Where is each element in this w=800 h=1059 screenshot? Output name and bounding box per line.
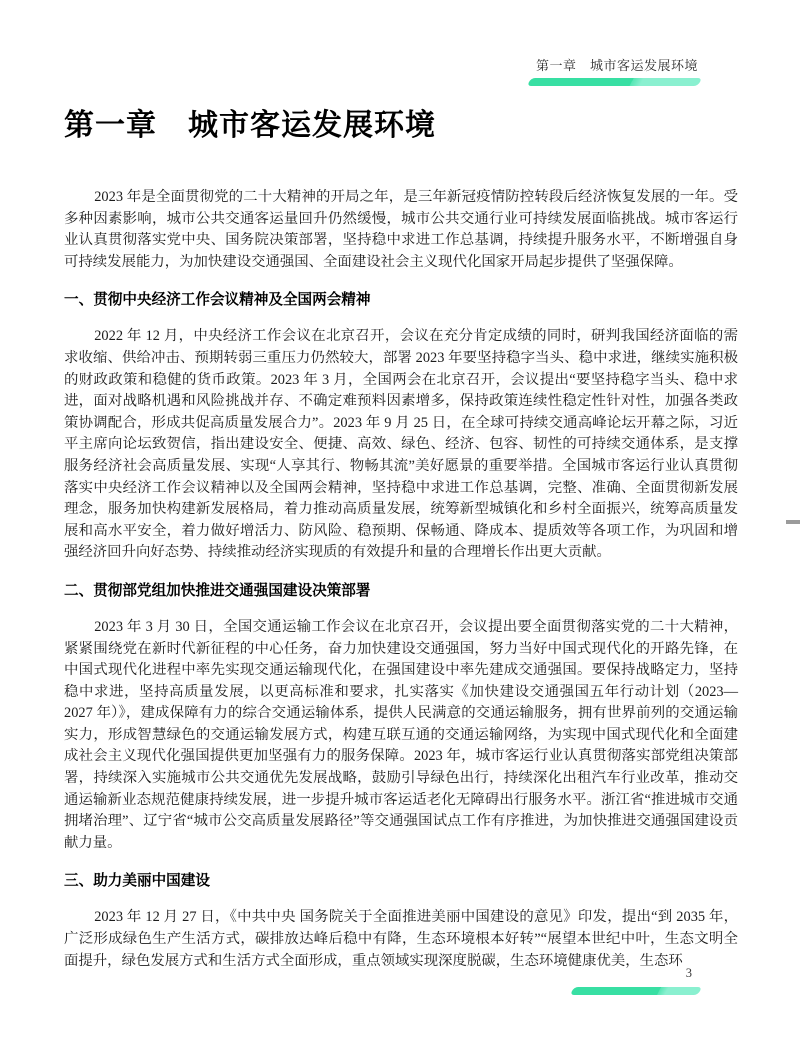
footer-accent-bar xyxy=(570,987,702,995)
chapter-title: 第一章 城市客运发展环境 xyxy=(64,104,738,148)
footer-accent-bar-wrap xyxy=(572,987,700,995)
scan-registration-mark xyxy=(786,520,800,524)
intro-paragraph: 2023 年是全面贯彻党的二十大精神的开局之年，是三年新冠疫情防控转段后经济恢复… xyxy=(64,187,738,273)
section-heading-2: 二、贯彻部党组加快推进交通强国建设决策部署 xyxy=(64,581,738,601)
section-heading-3: 三、助力美丽中国建设 xyxy=(64,871,738,891)
section-paragraph-3: 2023 年 12 月 27 日，《中共中央 国务院关于全面推进美丽中国建设的意… xyxy=(64,907,738,972)
section-heading-1: 一、贯彻中央经济工作会议精神及全国两会精神 xyxy=(64,290,738,310)
section-paragraph-2: 2023 年 3 月 30 日，全国交通运输工作会议在北京召开，会议提出要全面贯… xyxy=(64,617,738,855)
page-number: 3 xyxy=(686,966,692,981)
section-paragraph-1: 2022 年 12 月，中央经济工作会议在北京召开，会议在充分肯定成绩的同时，研… xyxy=(64,326,738,564)
page-content: 第一章 城市客运发展环境 2023 年是全面贯彻党的二十大精神的开局之年，是三年… xyxy=(64,0,738,972)
